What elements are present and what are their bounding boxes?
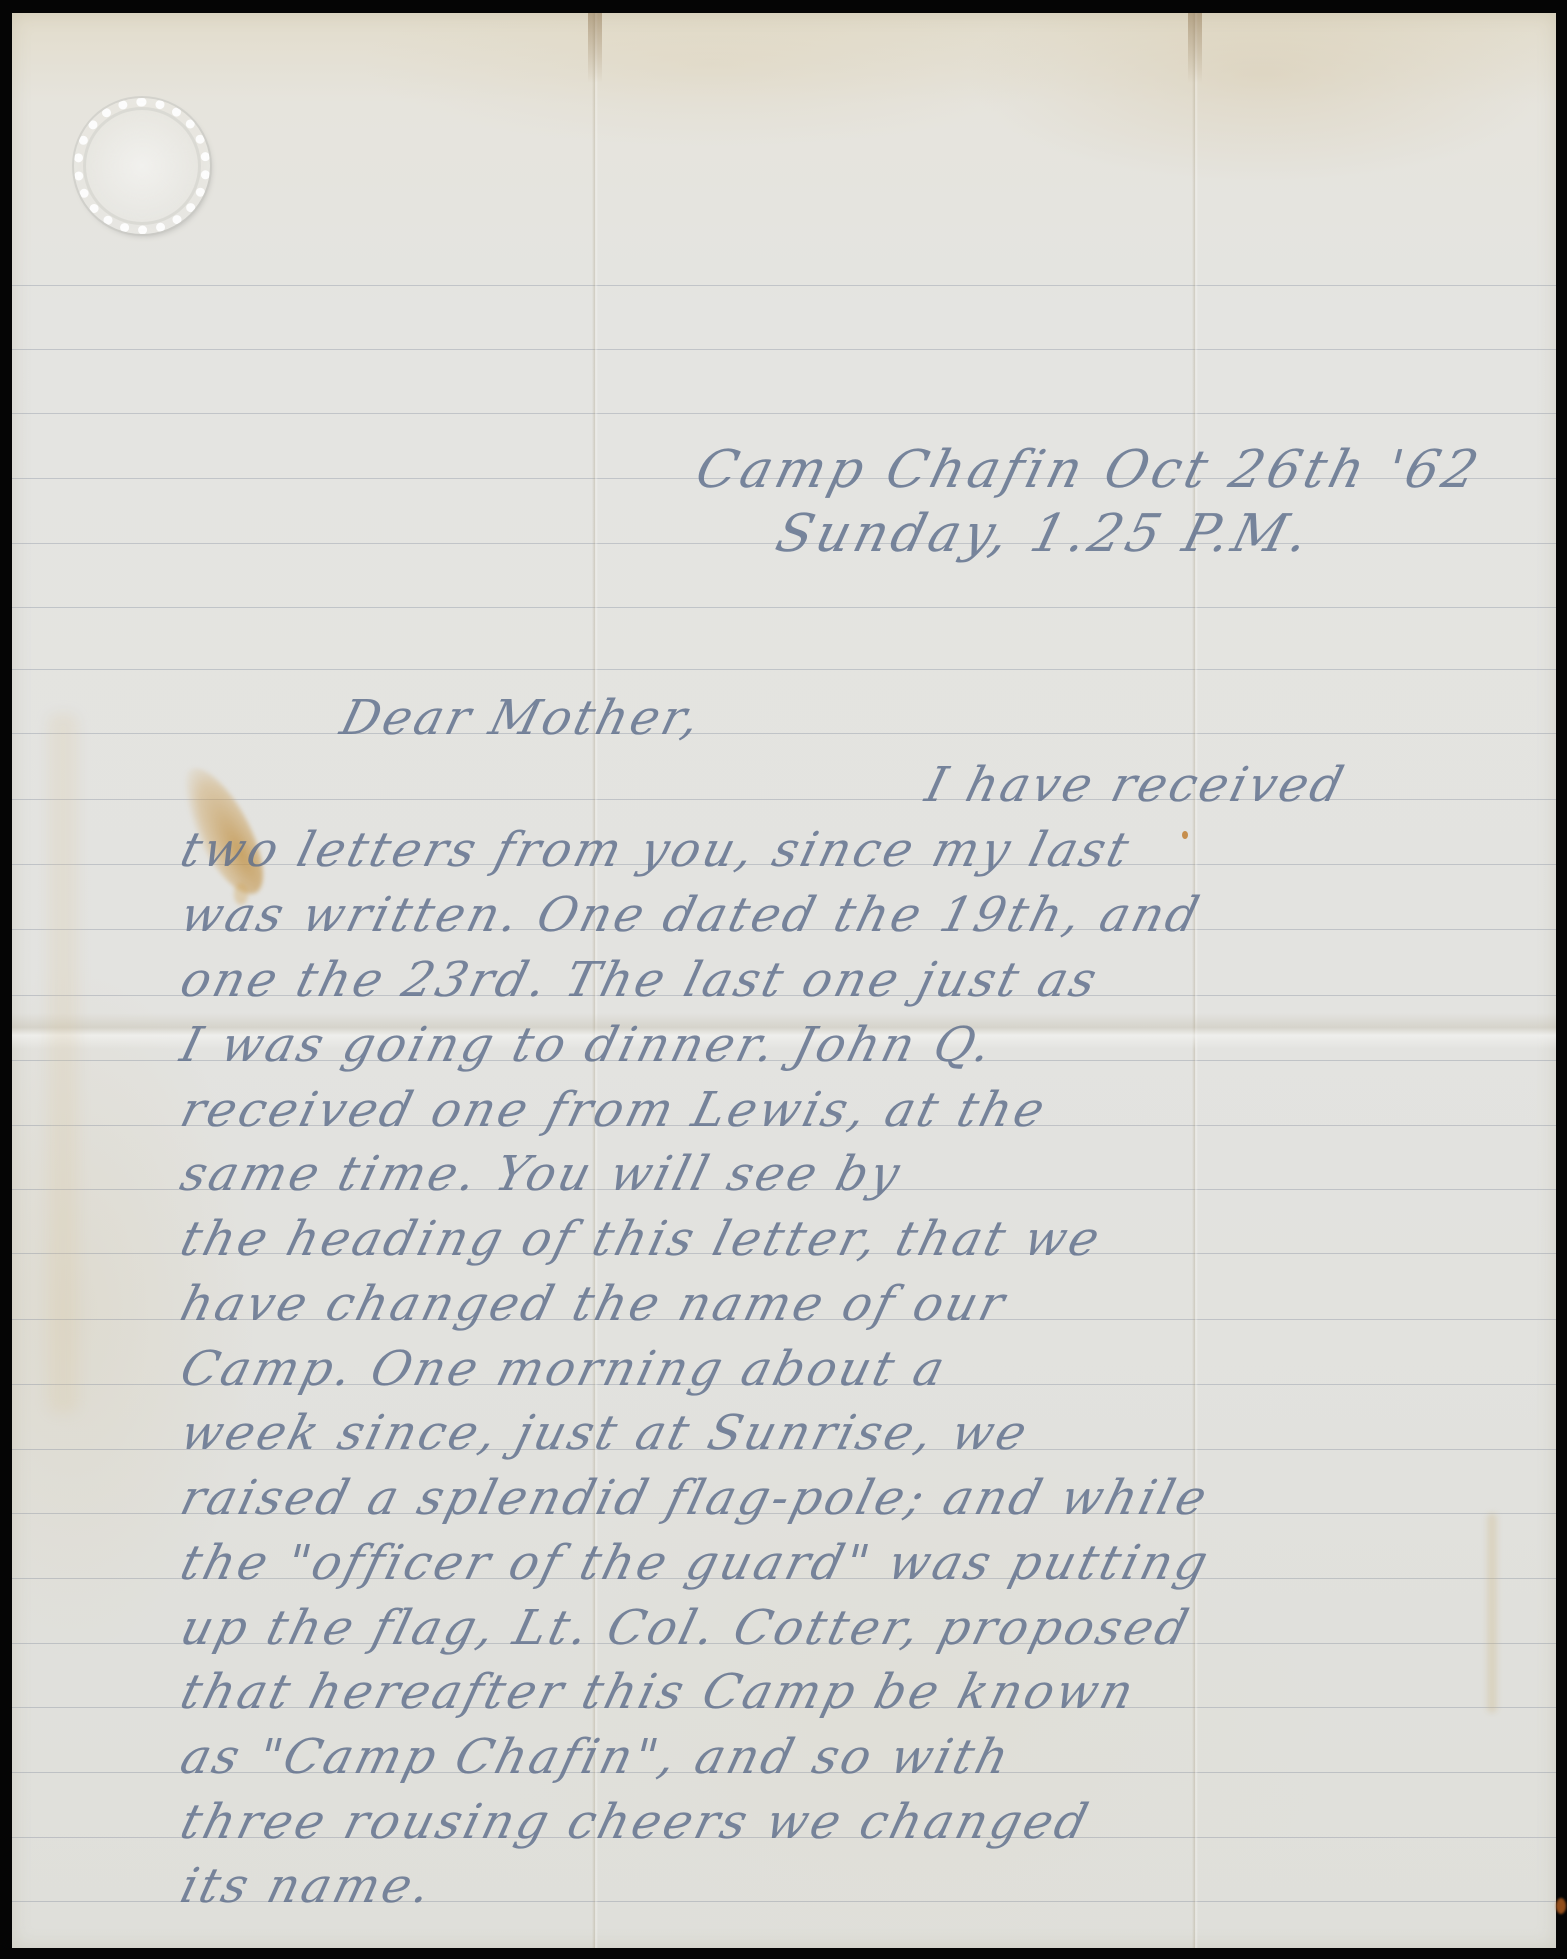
ruled-line (12, 669, 1556, 670)
body-line-16: as "Camp Chafin", and so with (175, 1729, 1017, 1785)
edge-stain (1487, 1513, 1497, 1713)
ruled-line (12, 733, 1556, 734)
body-line-10: Camp. One morning about a (175, 1341, 953, 1397)
body-line-5: I was going to dinner. John Q. (175, 1017, 1000, 1073)
ruled-line (12, 349, 1556, 350)
body-line-17: three rousing cheers we changed (175, 1794, 1096, 1850)
body-line-18: its name. (175, 1858, 439, 1914)
body-line-4: one the 23rd. The last one just as (175, 952, 1105, 1008)
body-line-14: up the flag, Lt. Col. Cotter, proposed (175, 1600, 1197, 1656)
body-line-12: raised a splendid flag-pole; and while (175, 1470, 1215, 1526)
body-line-15: that hereafter this Camp be known (175, 1664, 1142, 1720)
vertical-fold-right (1192, 13, 1198, 1948)
body-line-11: week since, just at Sunrise, we (175, 1405, 1035, 1461)
body-line-1: I have received (920, 757, 1352, 813)
rust-spot (1556, 1898, 1566, 1914)
rust-spot (1182, 831, 1188, 839)
body-line-7: same time. You will see by (175, 1146, 908, 1202)
body-line-6: received one from Lewis, at the (175, 1082, 1053, 1138)
body-line-13: the "officer of the guard" was putting (175, 1535, 1216, 1591)
ruled-line (12, 285, 1556, 286)
body-line-2: two letters from you, since my last (175, 822, 1137, 878)
ruled-line (12, 607, 1556, 608)
salutation: Dear Mother, (335, 690, 708, 746)
body-line-8: the heading of this letter, that we (175, 1211, 1108, 1267)
letter-heading-place-date: Camp Chafin Oct 26th '62 (690, 440, 1488, 500)
ruled-line (12, 413, 1556, 414)
letter-heading-day-time: Sunday, 1.25 P.M. (770, 504, 1318, 564)
embossed-seal-icon (74, 98, 210, 234)
edge-stain (48, 713, 78, 1413)
body-line-9: have changed the name of our (175, 1276, 1013, 1332)
body-line-3: was written. One dated the 19th, and (175, 887, 1207, 943)
